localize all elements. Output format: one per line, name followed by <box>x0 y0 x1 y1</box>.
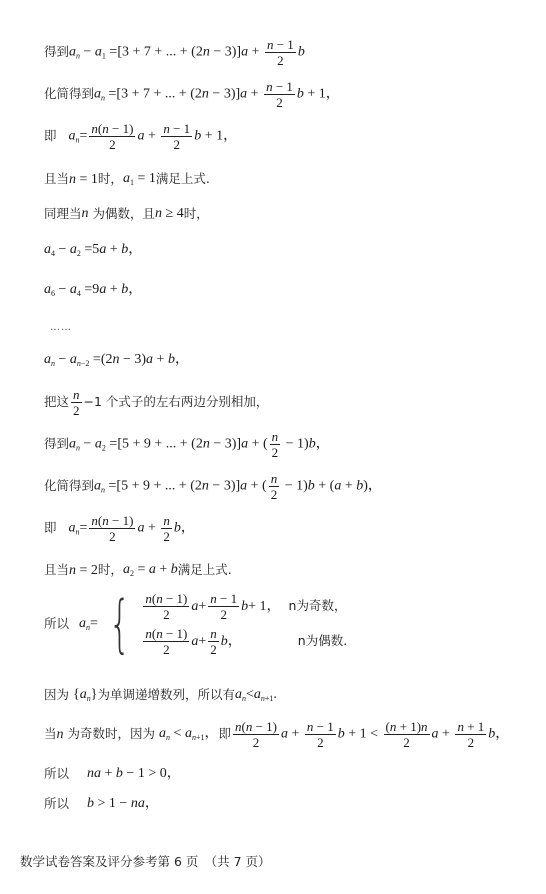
text: 为奇数时，因为 <box>68 728 156 741</box>
math-expr: an =[3 + 7 + ... + (2n − 3)]a + n − 12b … <box>94 80 340 109</box>
line-even-case: 同理当 n 为偶数，且 n ≥ 4 时， <box>44 207 209 221</box>
text-prefix: 所以 <box>44 768 69 781</box>
math-expr: b > 1 − na， <box>87 797 159 811</box>
line-result-even: 即 an=n(n − 1)2a + n2b， <box>44 514 195 543</box>
line-odd-inequality: 当 n 为奇数时，因为 an < an+1， 即 n(n − 1)2a + n … <box>44 720 509 749</box>
line-piecewise-formula: 所以 an= { n(n − 1)2a + n − 12b + 1， n为奇数，… <box>44 592 347 656</box>
line-result-odd: 即 an=n(n − 1)2a + n − 12b + 1， <box>44 122 237 151</box>
text-prefix: 得到 <box>44 46 69 59</box>
text: 为偶数，且 <box>93 208 156 221</box>
piecewise: { n(n − 1)2a + n − 12b + 1， n为奇数， n(n − … <box>98 592 347 656</box>
text: 满足上式. <box>156 173 210 186</box>
line-check-n1: 且当 n = 1 时， a1 = 1 满足上式. <box>44 172 210 187</box>
line-an-an2: an − an−2 =(2n − 3)a + b， <box>44 353 189 368</box>
page-footer: 数学试卷答案及评分参考第 6 页 （共 7 页） <box>20 852 271 870</box>
math-expr: an =[5 + 9 + ... + (2n − 3)]a + (n2 − 1)… <box>94 472 382 501</box>
text: 当 <box>44 728 57 741</box>
text-prefix: 即 <box>44 522 57 535</box>
line-check-n2: 且当 n = 2 时， a2 = a + b 满足上式. <box>44 563 232 578</box>
brace-icon: { <box>109 593 131 655</box>
text: 时， <box>98 173 123 186</box>
text: 为单调递增数列，所以有 <box>97 689 235 702</box>
line-a4-a2: a4 − a2 =5a + b， <box>44 243 142 258</box>
math-expr: an=n(n − 1)2a + n − 12b + 1， <box>69 122 238 151</box>
line-sum-odd-diff: 得到 an − a1 =[3 + 7 + ... + (2n − 3)]a + … <box>44 38 305 67</box>
text: 把这 <box>44 396 69 409</box>
line-a6-a4: a6 − a4 =9a + b， <box>44 283 142 298</box>
math-expr: an=n(n − 1)2a + n2b， <box>69 514 195 543</box>
ellipsis: …… <box>50 323 72 333</box>
text: 即 <box>218 728 231 741</box>
math-expr: na + b − 1 > 0， <box>87 767 181 781</box>
text: 且当 <box>44 564 69 577</box>
line-conclusion-1: 所以 na + b − 1 > 0， <box>44 767 181 781</box>
math-expr: a4 − a2 =5a + b， <box>44 243 142 258</box>
text-prefix: 所以 <box>44 618 69 631</box>
line-simplify-odd: 化简得到 an =[3 + 7 + ... + (2n − 3)]a + n −… <box>44 80 340 109</box>
case-odd: n(n − 1)2a + n − 12b + 1， n为奇数， <box>141 592 347 621</box>
text-prefix: 化简得到 <box>44 88 94 101</box>
text-prefix: 所以 <box>44 798 69 811</box>
line-add-equations: 把这 n2 −1 个式子的左右两边分别相加， <box>44 388 268 417</box>
text: 同理当 <box>44 208 82 221</box>
text-prefix: 即 <box>44 130 57 143</box>
text: 因为 <box>44 689 69 702</box>
math-expr: an − a2 =[5 + 9 + ... + (2n − 3)]a + (n2… <box>69 430 330 459</box>
text: 满足上式. <box>178 564 232 577</box>
math-expr: a6 − a4 =9a + b， <box>44 283 142 298</box>
line-ellipsis: …… <box>50 323 72 333</box>
text: −1 个式子的左右两边分别相加， <box>84 396 269 409</box>
line-monotonic: 因为 {an} 为单调递增数列，所以有 an<an+1. <box>44 688 277 703</box>
condition: n为偶数. <box>298 635 347 648</box>
text-prefix: 化简得到 <box>44 480 94 493</box>
text: 且当 <box>44 173 69 186</box>
math-expr: an − an−2 =(2n − 3)a + b， <box>44 353 189 368</box>
text-prefix: 得到 <box>44 438 69 451</box>
line-simplify-even: 化简得到 an =[5 + 9 + ... + (2n − 3)]a + (n2… <box>44 472 382 501</box>
condition: n为奇数， <box>289 600 347 613</box>
case-even: n(n − 1)2a + n2b， n为偶数. <box>141 627 347 656</box>
text: 时， <box>184 208 209 221</box>
math-expr: an − a1 =[3 + 7 + ... + (2n − 3)]a + n −… <box>69 38 305 67</box>
line-sum-even-diff: 得到 an − a2 =[5 + 9 + ... + (2n − 3)]a + … <box>44 430 330 459</box>
line-conclusion-2: 所以 b > 1 − na， <box>44 797 159 811</box>
math-expr: n(n − 1)2a + n − 12b + 1 < (n + 1)n2a + … <box>231 720 509 749</box>
text: 时， <box>98 564 123 577</box>
